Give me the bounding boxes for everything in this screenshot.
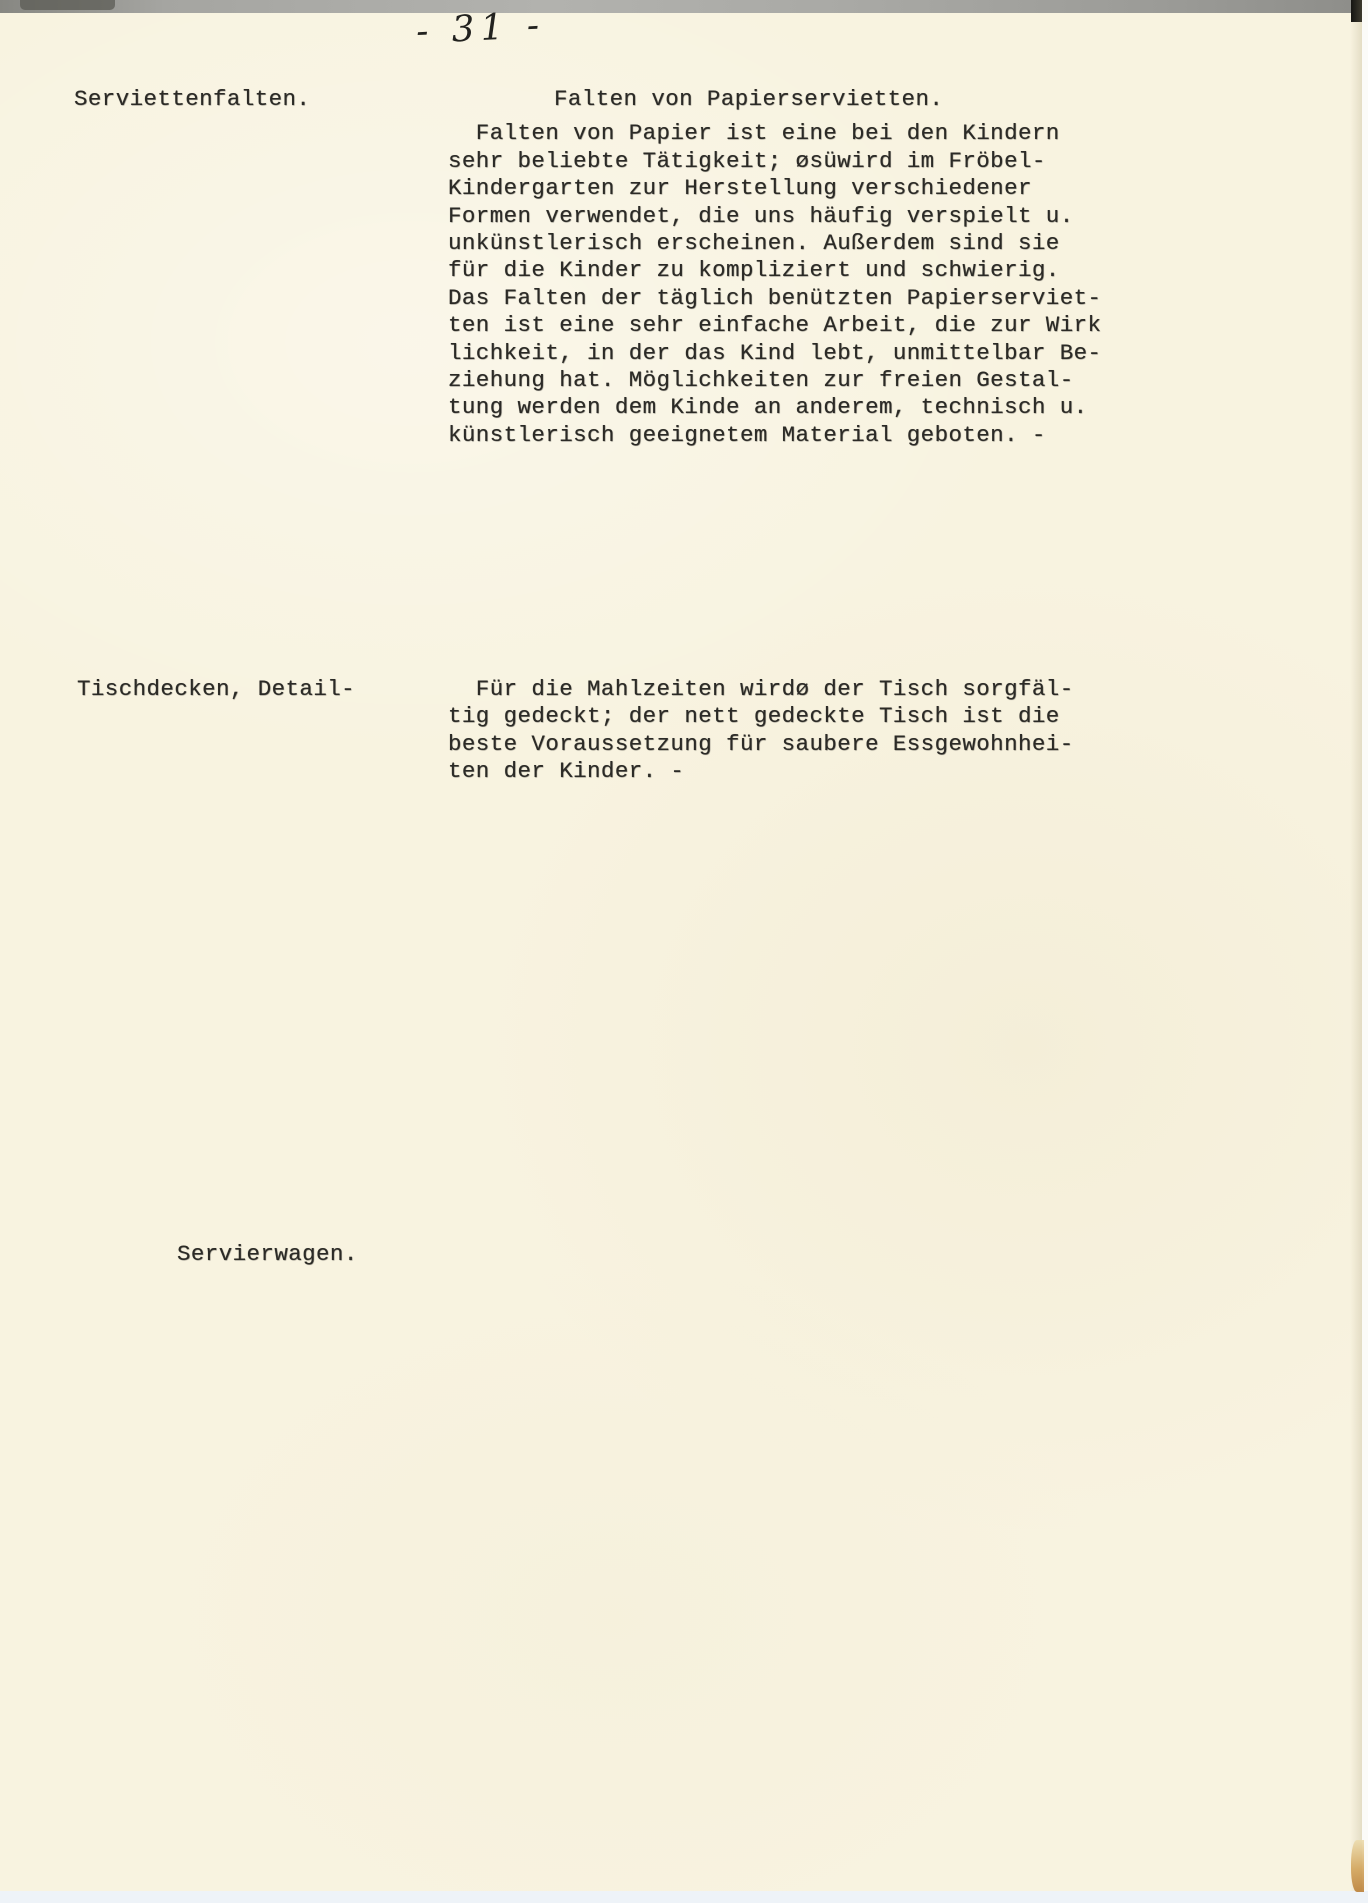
paragraph-line: für die Kinder zu kompliziert und schwie… [448,257,1101,284]
paragraph-line: Falten von Papier ist eine bei den Kinde… [448,120,1101,147]
margin-label-serviettenfalten: Serviettenfalten. [74,86,310,113]
paragraph-line: Kindergarten zur Herstellung verschieden… [448,175,1101,202]
scanner-edge-smudge [20,0,115,10]
paragraph-line: beste Voraussetzung für saubere Essgewoh… [448,731,1074,758]
paragraph-line: künstlerisch geeignetem Material geboten… [448,422,1101,449]
scanner-edge-right [1362,0,1368,1903]
paragraph-line: ten ist eine sehr einfache Arbeit, die z… [448,312,1101,339]
section-papierservietten: Falten von Papierservietten. Falten von … [448,86,1101,449]
page-corner-curl [1351,1840,1364,1892]
scanned-document-page: - 31 - Serviettenfalten. Tischdecken, De… [0,0,1368,1903]
section-tischdecken: Für die Mahlzeiten wirdø der Tisch sorgf… [448,676,1074,786]
page-number: - 31 - [415,5,546,53]
scanner-edge-bottom [0,1891,1368,1903]
paragraph-line: Formen verwendet, die uns häufig verspie… [448,203,1101,230]
paragraph-line: ten der Kinder. - [448,758,1074,785]
paragraph-line: unkünstlerisch erscheinen. Außerdem sind… [448,230,1101,257]
margin-label-servierwagen: Servierwagen. [177,1241,358,1268]
paragraph-line: sehr beliebte Tätigkeit; øsüwird im Fröb… [448,148,1101,175]
paragraph-line: tig gedeckt; der nett gedeckte Tisch ist… [448,703,1074,730]
paragraph-line: Für die Mahlzeiten wirdø der Tisch sorgf… [448,676,1074,703]
page-edge-shadow [1350,0,1362,1903]
section-heading: Falten von Papierservietten. [448,86,1101,113]
margin-label-tischdecken-detail: Tischdecken, Detail- [77,676,355,703]
paragraph-line: Das Falten der täglich benützten Papiers… [448,285,1101,312]
scanner-edge-top [0,0,1368,13]
paragraph-line: ziehung hat. Möglichkeiten zur freien Ge… [448,367,1101,394]
paragraph-line: lichkeit, in der das Kind lebt, unmittel… [448,340,1101,367]
paragraph-line: tung werden dem Kinde an anderem, techni… [448,394,1101,421]
